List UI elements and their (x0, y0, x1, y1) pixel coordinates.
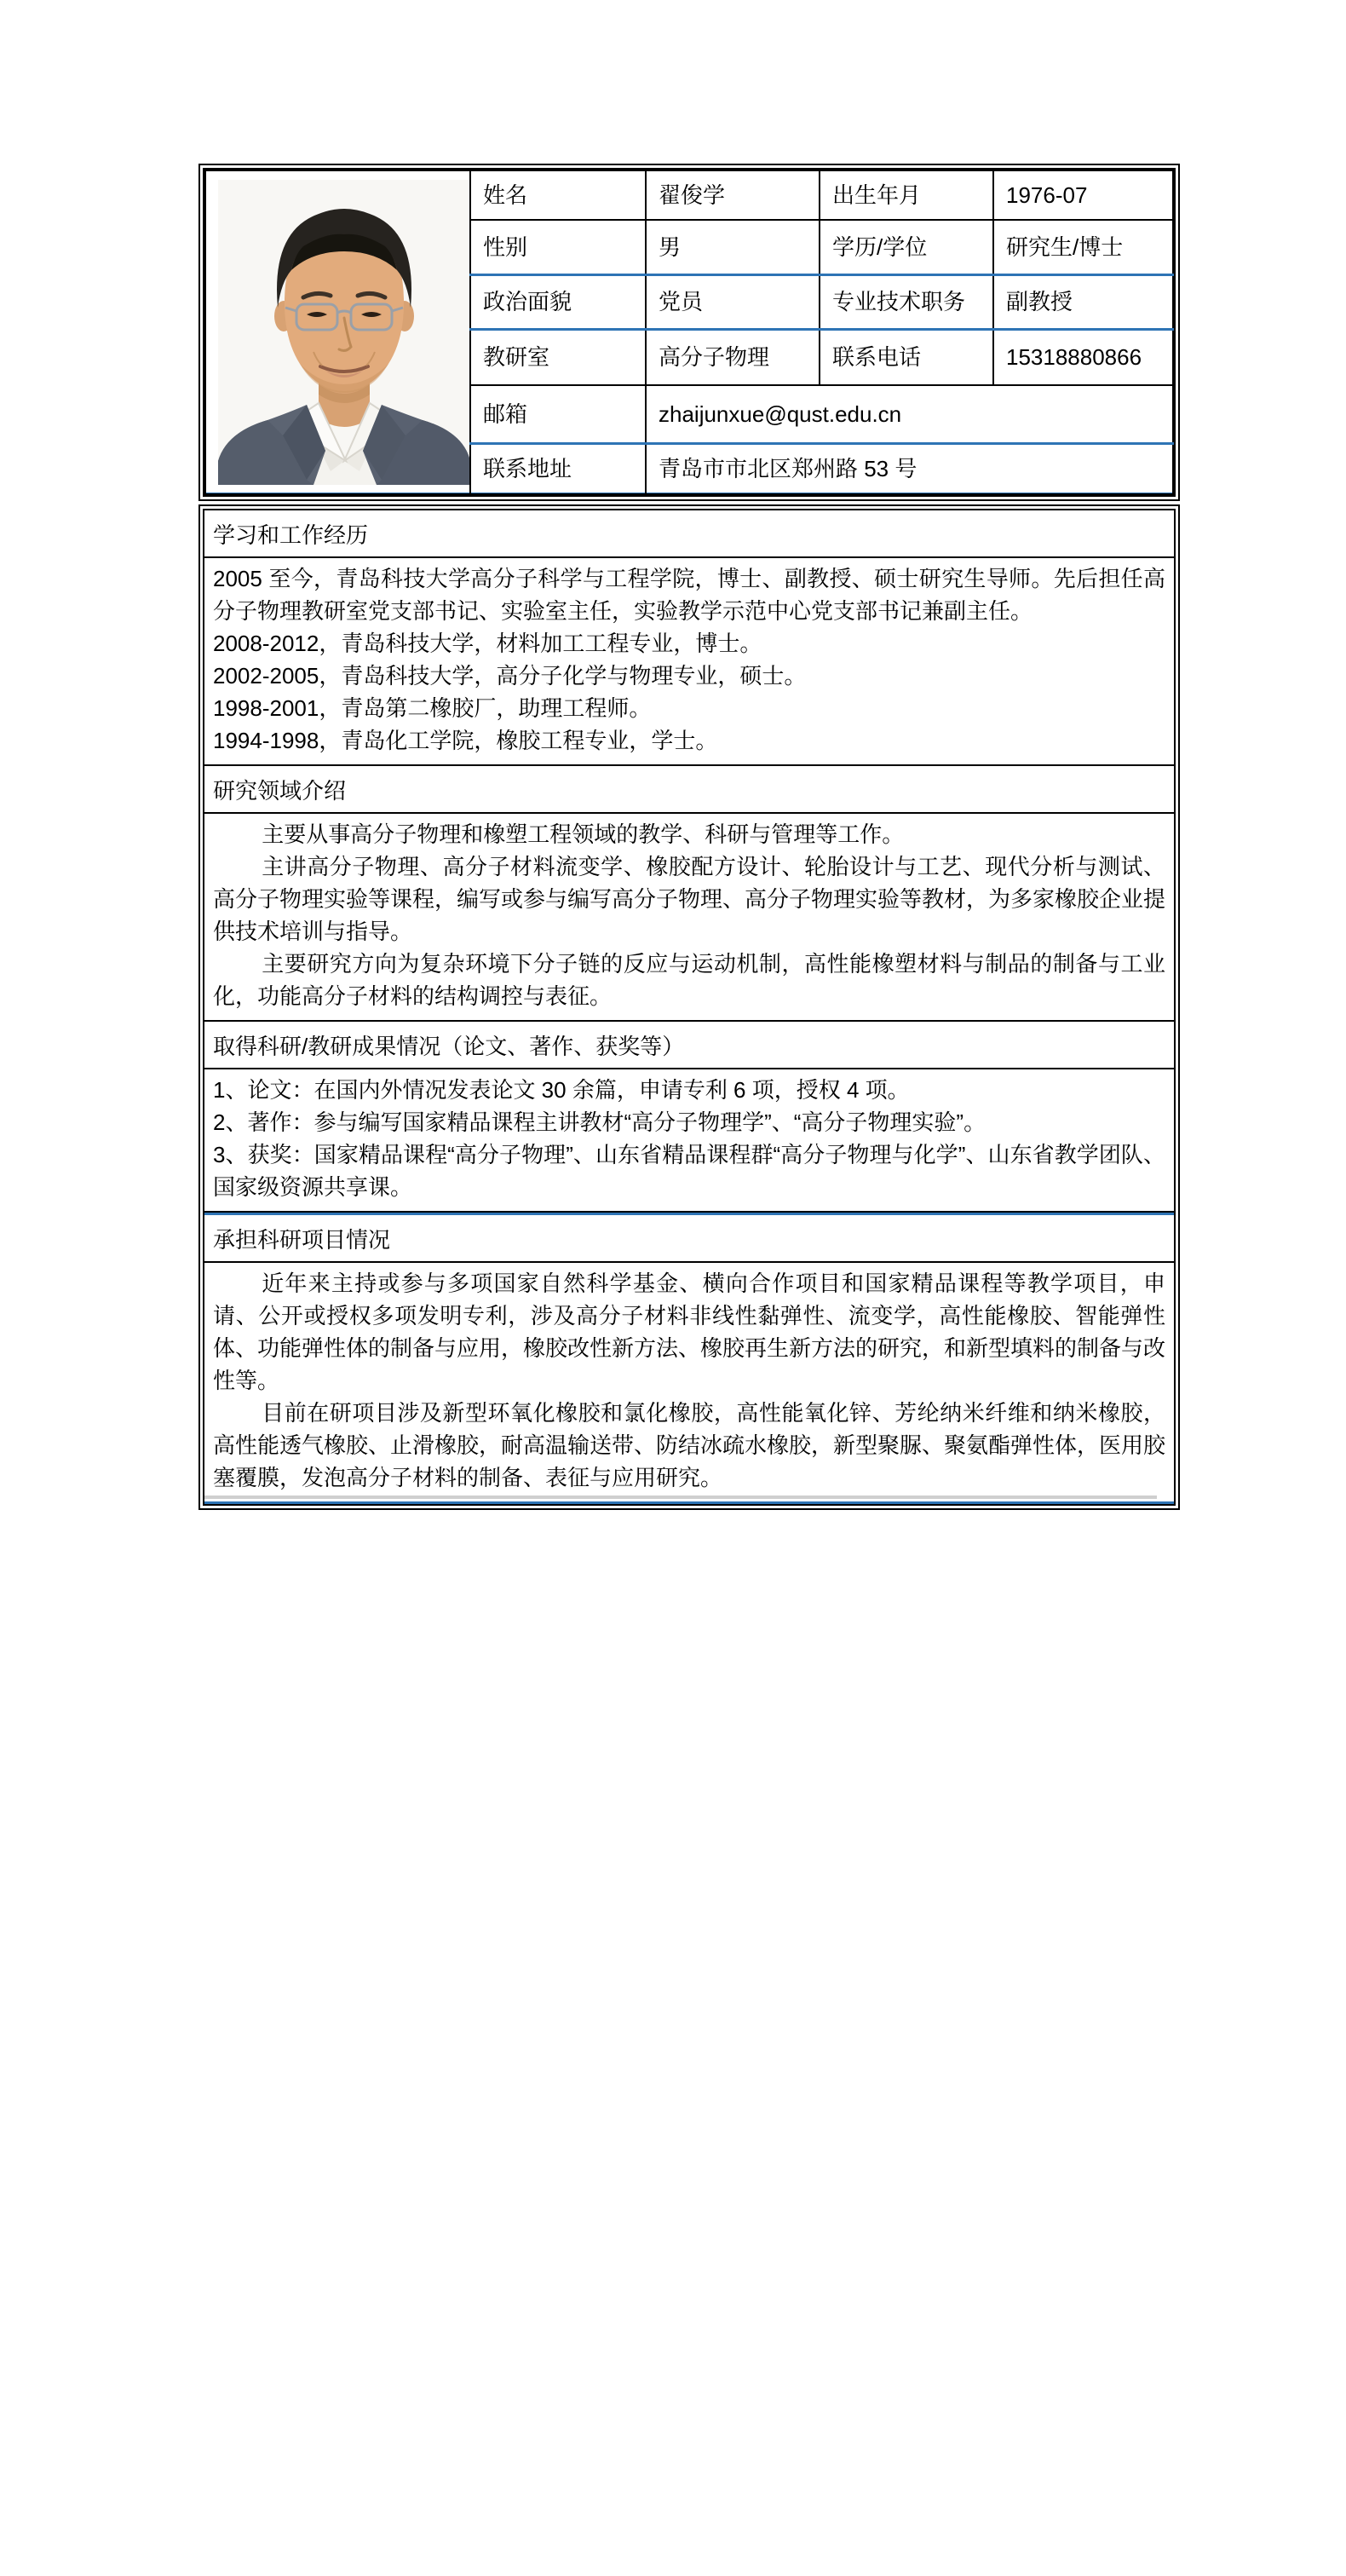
section-title-achievements: 取得科研/教研成果情况（论文、著作、获奖等） (204, 1020, 1174, 1069)
field-degree-value: 研究生/博士 (993, 220, 1173, 274)
section-body-projects: 近年来主持或参与多项国家自然科学基金、横向合作项目和国家精品课程等教学项目，申请… (204, 1263, 1174, 1504)
field-address-value: 青岛市市北区郑州路 53 号 (646, 443, 1173, 494)
field-phone-label: 联系电话 (820, 329, 993, 385)
paragraph: 2005 至今，青岛科技大学高分子科学与工程学院，博士、副教授、硕士研究生导师。… (213, 562, 1165, 627)
field-rank-value: 副教授 (993, 274, 1173, 329)
paragraph: 3、获奖：国家精品课程“高分子物理”、山东省精品课程群“高分子物理与化学”、山东… (213, 1138, 1165, 1203)
field-name-label: 姓名 (470, 170, 646, 220)
paragraph: 1994-1998，青岛化工学院，橡胶工程专业，学士。 (213, 724, 1165, 757)
paragraph: 近年来主持或参与多项国家自然科学基金、横向合作项目和国家精品课程等教学项目，申请… (213, 1267, 1165, 1397)
field-address-label: 联系地址 (470, 443, 646, 494)
field-email-label: 邮箱 (470, 385, 646, 443)
section-title-experience: 学习和工作经历 (204, 510, 1174, 558)
sections-table: 学习和工作经历 2005 至今，青岛科技大学高分子科学与工程学院，博士、副教授、… (198, 504, 1180, 1510)
paragraph: 主讲高分子物理、高分子材料流变学、橡胶配方设计、轮胎设计与工艺、现代分析与测试、… (213, 850, 1165, 948)
paragraph: 2008-2012，青岛科技大学，材料加工工程专业，博士。 (213, 627, 1165, 660)
field-political-label: 政治面貌 (470, 274, 646, 329)
horizontal-divider (204, 1495, 1157, 1499)
section-body-research-field: 主要从事高分子物理和橡塑工程领域的教学、科研与管理等工作。 主讲高分子物理、高分… (204, 814, 1174, 1020)
section-body-achievements: 1、论文：在国内外情况发表论文 30 余篇，申请专利 6 项，授权 4 项。 2… (204, 1069, 1174, 1213)
section-title-research-field: 研究领域介绍 (204, 764, 1174, 814)
field-gender-label: 性别 (470, 220, 646, 274)
paragraph: 目前在研项目涉及新型环氧化橡胶和氯化橡胶，高性能氧化锌、芳纶纳米纤维和纳米橡胶，… (213, 1397, 1165, 1494)
field-phone-value: 15318880866 (993, 329, 1173, 385)
field-degree-label: 学历/学位 (820, 220, 993, 274)
paragraph: 主要研究方向为复杂环境下分子链的反应与运动机制，高性能橡塑材料与制品的制备与工业… (213, 948, 1165, 1012)
profile-table: 姓名 翟俊学 出生年月 1976-07 性别 男 学历/学位 研究生/博士 政治… (198, 164, 1180, 501)
field-rank-label: 专业技术职务 (820, 274, 993, 329)
field-name-value: 翟俊学 (646, 170, 820, 220)
profile-photo (205, 170, 470, 494)
section-body-experience: 2005 至今，青岛科技大学高分子科学与工程学院，博士、副教授、硕士研究生导师。… (204, 558, 1174, 764)
field-office-value: 高分子物理 (646, 329, 820, 385)
field-political-value: 党员 (646, 274, 820, 329)
field-birth-label: 出生年月 (820, 170, 993, 220)
paragraph: 1、论文：在国内外情况发表论文 30 余篇，申请专利 6 项，授权 4 项。 (213, 1074, 1165, 1106)
field-gender-value: 男 (646, 220, 820, 274)
field-office-label: 教研室 (470, 329, 646, 385)
section-title-projects: 承担科研项目情况 (204, 1213, 1174, 1263)
portrait-photo (218, 180, 470, 485)
paragraph: 2、著作：参与编写国家精品课程主讲教材“高分子物理学”、“高分子物理实验”。 (213, 1106, 1165, 1138)
field-birth-value: 1976-07 (993, 170, 1173, 220)
paragraph: 2002-2005，青岛科技大学，高分子化学与物理专业，硕士。 (213, 660, 1165, 692)
paragraph: 1998-2001，青岛第二橡胶厂，助理工程师。 (213, 692, 1165, 724)
field-email-value: zhaijunxue@qust.edu.cn (646, 385, 1173, 443)
document-page: 姓名 翟俊学 出生年月 1976-07 性别 男 学历/学位 研究生/博士 政治… (0, 0, 1346, 2576)
paragraph: 主要从事高分子物理和橡塑工程领域的教学、科研与管理等工作。 (213, 818, 1165, 850)
